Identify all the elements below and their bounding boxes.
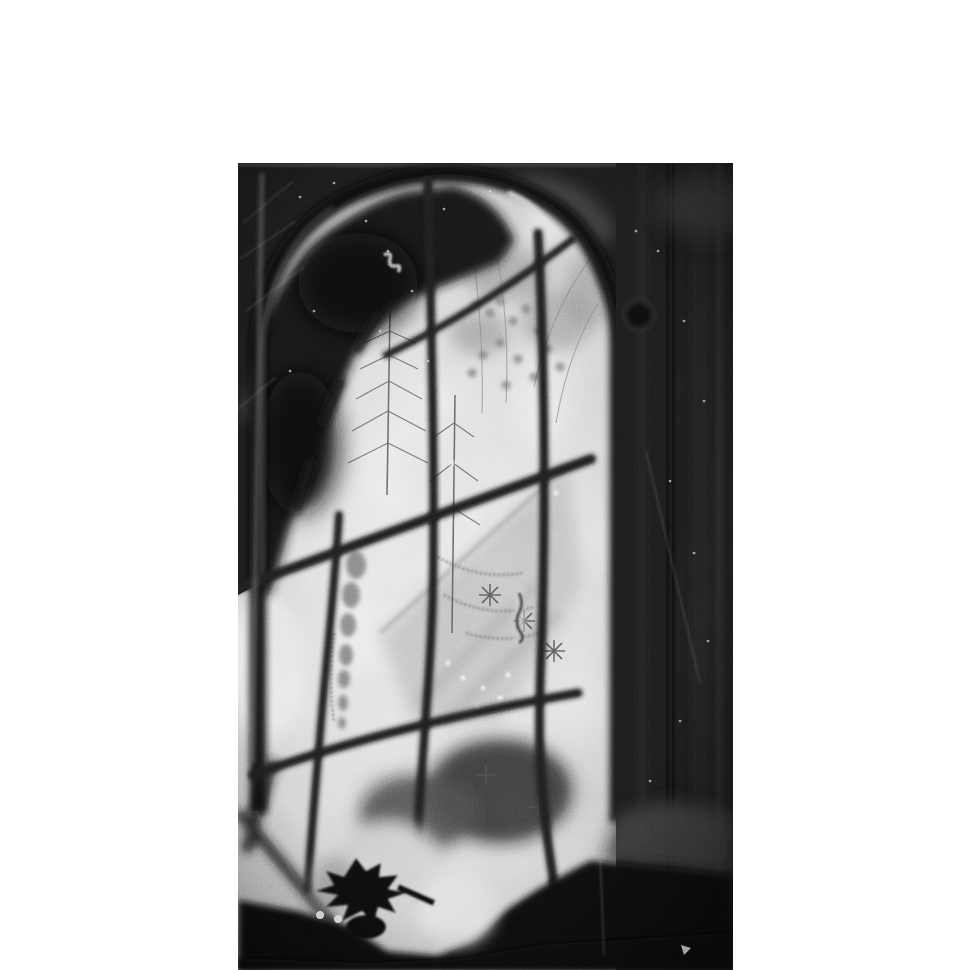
page-background: { "photo": { "alt": "Black and white pho… xyxy=(0,0,970,970)
photograph-canvas: Black and white photograph taken through… xyxy=(238,163,733,970)
photo-emulsion xyxy=(238,163,733,970)
photograph: Black and white photograph taken through… xyxy=(238,163,733,970)
film-grain xyxy=(238,163,733,970)
